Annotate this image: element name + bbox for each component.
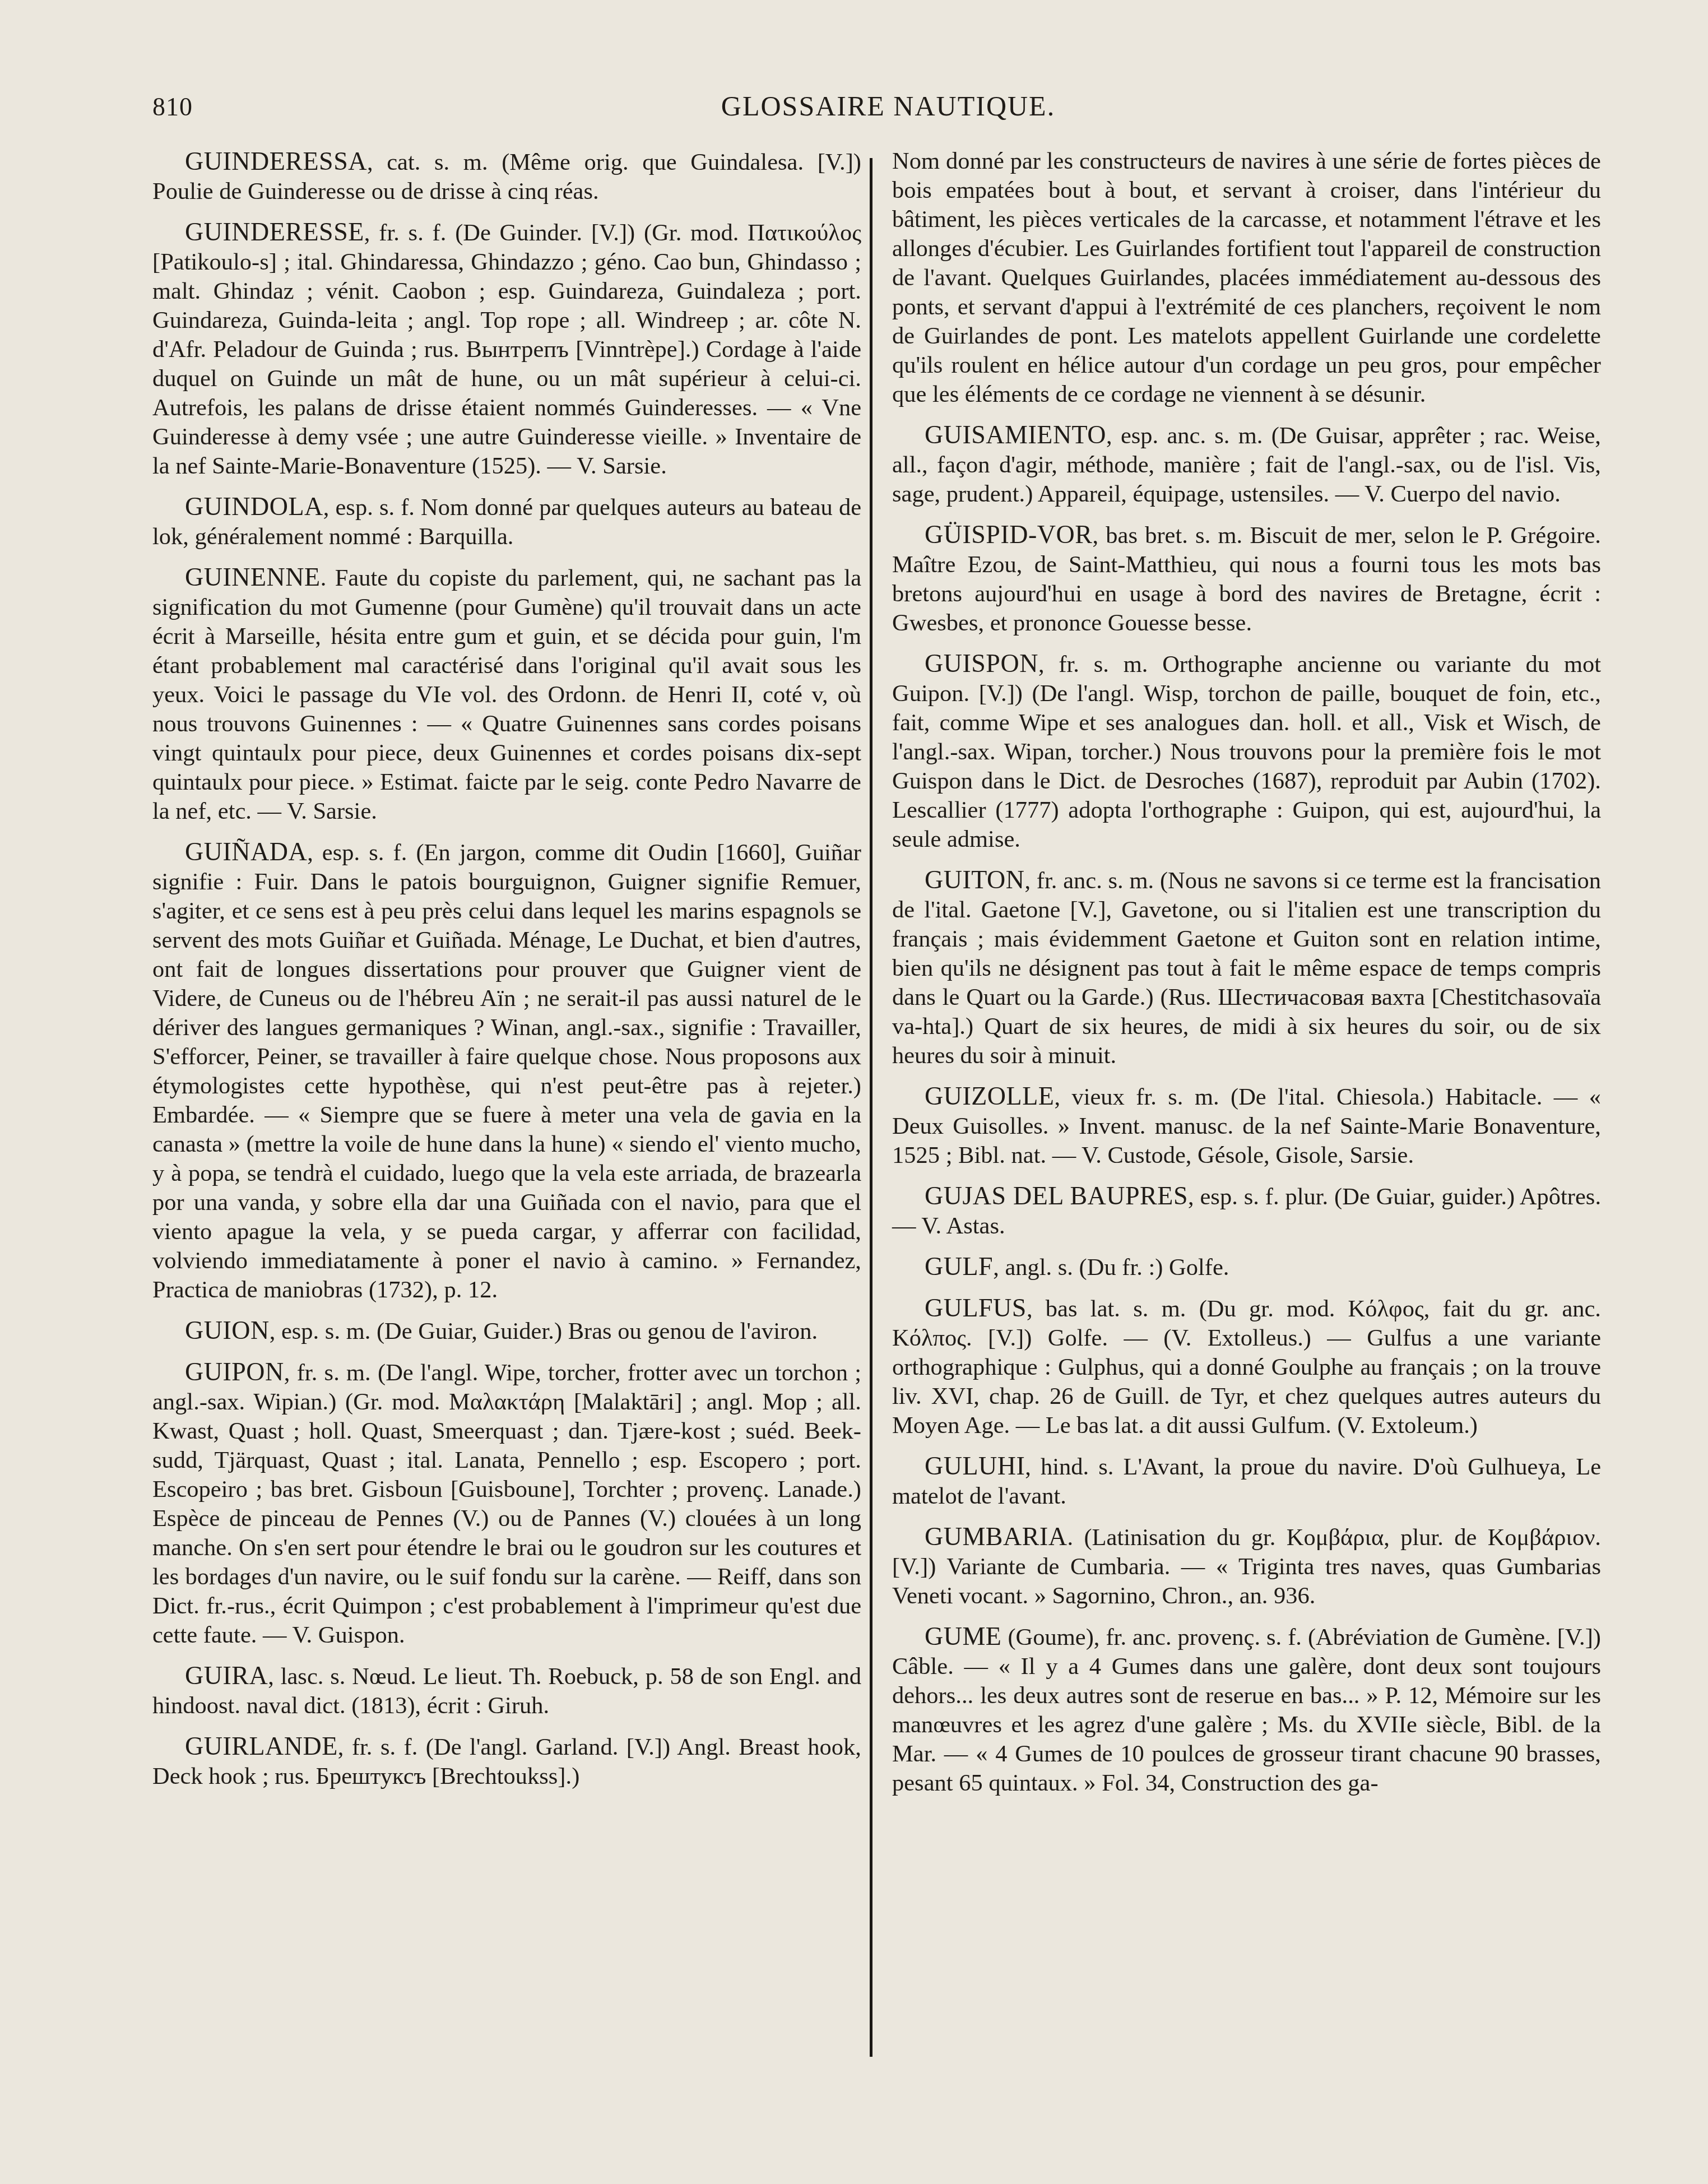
entry-gujas-del-baupres: GUJAS DEL BAUPRES, esp. s. f. plur. (De … — [892, 1181, 1601, 1241]
entry-body: , fr. s. m. (De l'angl. Wipe, torcher, f… — [152, 1360, 861, 1648]
entry-gulf: GULF, angl. s. (Du fr. :) Golfe. — [892, 1252, 1601, 1282]
headword: GUME — [925, 1622, 1001, 1650]
entry-gume: GUME (Goume), fr. anc. provenç. s. f. (A… — [892, 1622, 1601, 1798]
headword: GUINDERESSE — [185, 217, 364, 246]
headword: GULFUS — [925, 1293, 1027, 1322]
entry-guispon: GUISPON, fr. s. m. Orthographe ancienne … — [892, 649, 1601, 854]
entry-guion: GUION, esp. s. m. (De Guiar, Guider.) Br… — [152, 1316, 861, 1346]
entry-guluhi: GULUHI, hind. s. L'Avant, la proue du na… — [892, 1452, 1601, 1511]
entry-guinderesse: GUINDERESSE, fr. s. f. (De Guinder. [V.]… — [152, 217, 861, 481]
entry-gulfus: GULFUS, bas lat. s. m. (Du gr. mod. Κόλφ… — [892, 1293, 1601, 1440]
entry-guispid-vor: GÜISPID-VOR, bas bret. s. m. Biscuit de … — [892, 520, 1601, 638]
entry-body: , fr. anc. s. m. (Nous ne savons si ce t… — [892, 868, 1601, 1069]
headword: GUION — [185, 1316, 270, 1344]
entry-guindola: GUINDOLA, esp. s. f. Nom donné par quelq… — [152, 492, 861, 551]
entry-gumbaria: GUMBARIA. (Latinisation du gr. Κομβάρια,… — [892, 1522, 1601, 1611]
entry-guinada: GUIÑADA, esp. s. f. (En jargon, comme di… — [152, 837, 861, 1305]
entry-body: , angl. s. (Du fr. :) Golfe. — [993, 1254, 1229, 1281]
headword: GUISPON — [925, 649, 1038, 678]
right-column: Nom donné par les constructeurs de navir… — [892, 147, 1601, 1809]
page-header: 810 GLOSSAIRE NAUTIQUE. — [151, 84, 1608, 129]
headword: GULUHI — [925, 1452, 1025, 1480]
entry-guinenne: GUINENNE. Faute du copiste du parlement,… — [152, 563, 861, 826]
headword: GUITON — [925, 865, 1024, 894]
headword: GUIPON — [185, 1357, 284, 1386]
headword: GUIRA — [185, 1661, 268, 1690]
column-divider — [870, 158, 872, 2057]
headword: GÜISPID-VOR — [925, 520, 1092, 549]
entry-guizolle: GUIZOLLE, vieux fr. s. m. (De l'ital. Ch… — [892, 1082, 1601, 1170]
headword: GUMBARIA — [925, 1522, 1067, 1551]
headword: GUIRLANDE — [185, 1732, 338, 1760]
left-column: GUINDERESSA, cat. s. m. (Même orig. que … — [152, 147, 861, 1802]
entry-body: , esp. s. f. (En jargon, comme dit Oudin… — [152, 840, 861, 1303]
running-title: GLOSSAIRE NAUTIQUE. — [151, 90, 1608, 122]
headword: GUINDOLA — [185, 492, 323, 521]
entry-guira: GUIRA, lasc. s. Nœud. Le lieut. Th. Roeb… — [152, 1661, 861, 1721]
headword: GUIÑADA — [185, 837, 307, 866]
headword: GULF — [925, 1252, 993, 1281]
entry-body: , fr. s. f. (De Guinder. [V.]) (Gr. mod.… — [152, 220, 861, 479]
headword: GUINENNE — [185, 563, 321, 591]
entry-guiton: GUITON, fr. anc. s. m. (Nous ne savons s… — [892, 865, 1601, 1070]
entry-continuation: Nom donné par les constructeurs de navir… — [892, 147, 1601, 409]
entry-guinderessa: GUINDERESSA, cat. s. m. (Même orig. que … — [152, 147, 861, 206]
entry-guirlande: GUIRLANDE, fr. s. f. (De l'angl. Garland… — [152, 1732, 861, 1791]
entry-guipon: GUIPON, fr. s. m. (De l'angl. Wipe, torc… — [152, 1357, 861, 1650]
entry-body: . Faute du copiste du parlement, qui, ne… — [152, 565, 861, 824]
headword: GUJAS DEL BAUPRES — [925, 1181, 1188, 1210]
headword: GUISAMIENTO — [925, 420, 1106, 449]
entry-body: , fr. s. m. Orthographe ancienne ou vari… — [892, 651, 1601, 852]
entry-guisamiento: GUISAMIENTO, esp. anc. s. m. (De Guisar,… — [892, 420, 1601, 509]
headword: GUIZOLLE — [925, 1082, 1054, 1110]
entry-body: , esp. s. m. (De Guiar, Guider.) Bras ou… — [270, 1318, 818, 1344]
headword: GUINDERESSA — [185, 147, 367, 175]
